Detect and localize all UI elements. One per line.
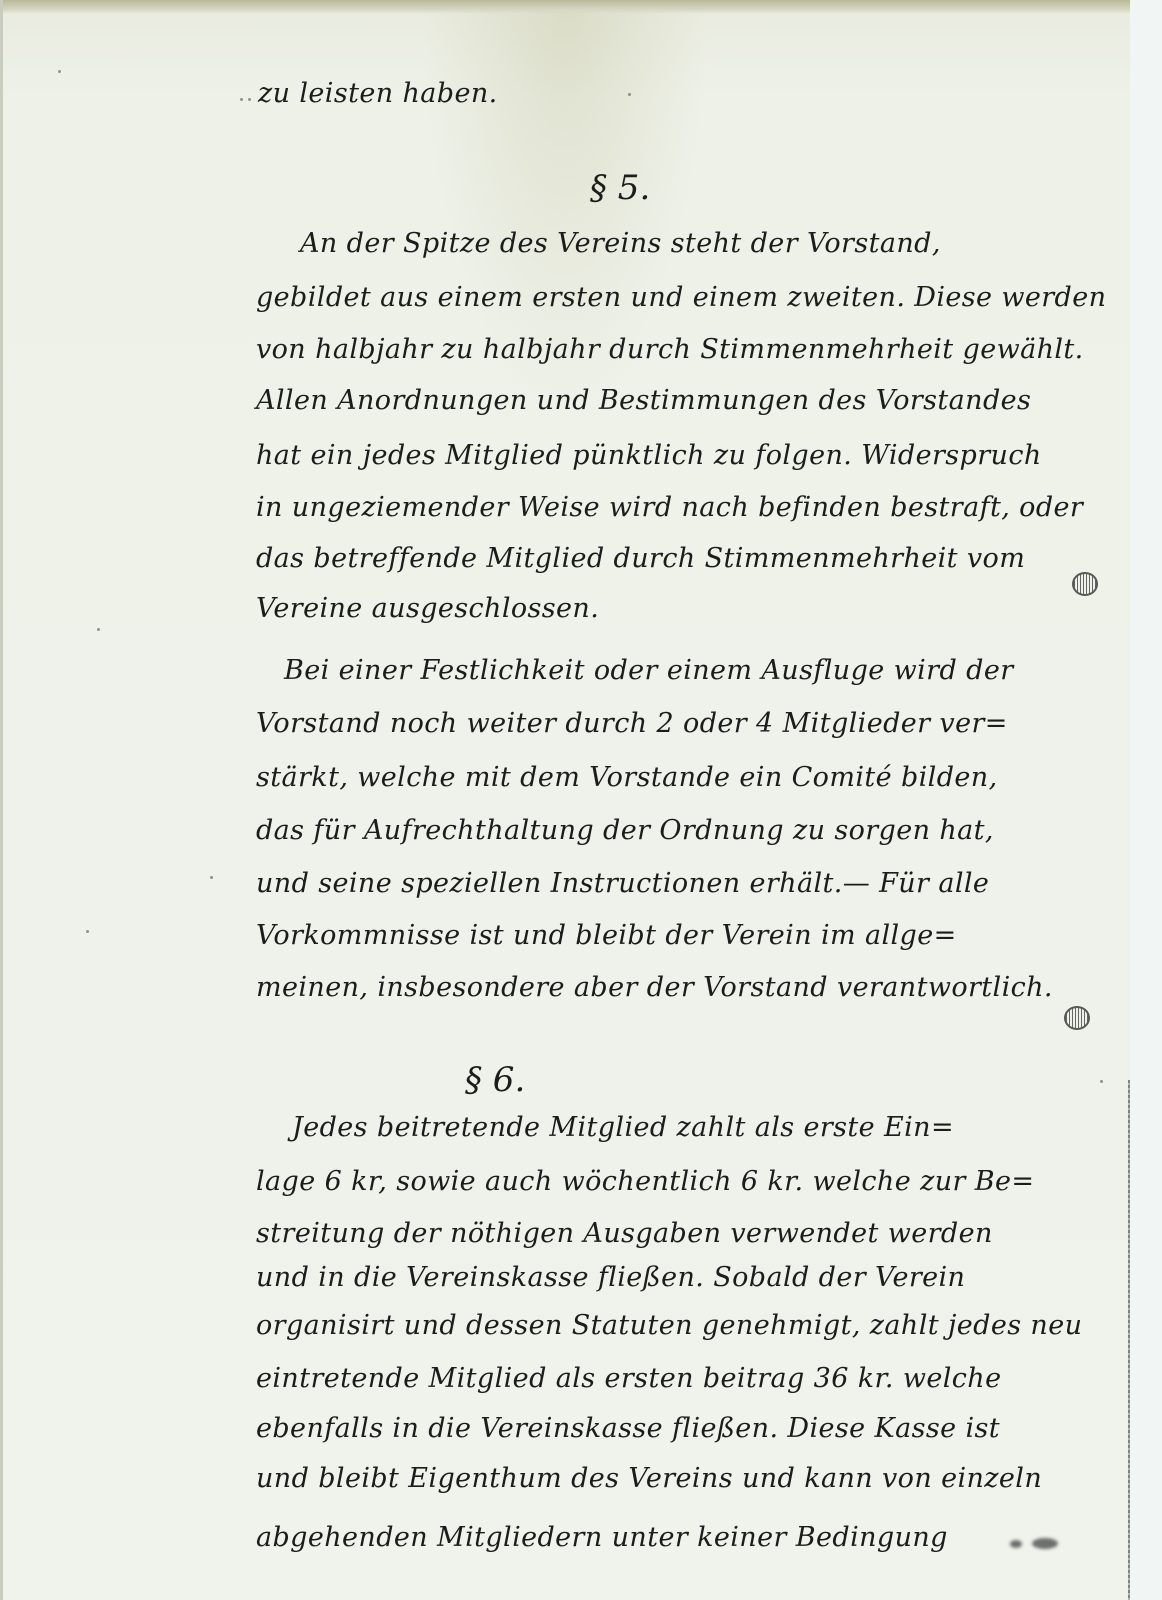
text-line: organisirt und dessen Statuten genehmigt… xyxy=(256,1310,1082,1341)
text-line: und bleibt Eigenthum des Vereins und kan… xyxy=(256,1463,1042,1494)
text-line: streitung der nöthigen Ausgaben verwende… xyxy=(256,1218,993,1249)
scan-speck xyxy=(58,70,61,73)
ink-blot xyxy=(1010,1540,1022,1548)
scan-right-margin xyxy=(1130,0,1162,1600)
text-line: und seine speziellen Instructionen erhäl… xyxy=(256,868,989,899)
scan-speck xyxy=(628,93,631,96)
text-line: in ungeziemender Weise wird nach befinde… xyxy=(256,492,1083,523)
text-line: Vorstand noch weiter durch 2 oder 4 Mitg… xyxy=(256,708,1008,739)
text-line: Bei einer Festlichkeit oder einem Ausflu… xyxy=(284,655,1014,686)
text-line: stärkt, welche mit dem Vorstande ein Com… xyxy=(256,762,998,793)
text-line: von halbjahr zu halbjahr durch Stimmenme… xyxy=(256,334,1084,365)
text-line: das betreffende Mitglied durch Stimmenme… xyxy=(256,543,1025,574)
carryover-line: zu leisten haben. xyxy=(258,78,498,109)
text-line: abgehenden Mitgliedern unter keiner Bedi… xyxy=(256,1522,948,1553)
document-page: zu leisten haben. § 5. An der Spitze des… xyxy=(0,0,1130,1600)
text-line: Vereine ausgeschlossen. xyxy=(256,593,599,624)
scan-speck xyxy=(97,628,100,631)
scan-speck xyxy=(240,98,243,101)
text-line: An der Spitze des Vereins steht der Vors… xyxy=(300,228,941,259)
stamp-mark-icon xyxy=(1072,572,1098,596)
section-heading-6: § 6. xyxy=(465,1060,525,1100)
scan-speck xyxy=(248,98,251,101)
text-line: Allen Anordnungen und Bestimmungen des V… xyxy=(256,385,1031,416)
text-line: gebildet aus einem ersten und einem zwei… xyxy=(256,282,1106,313)
text-line: Vorkommnisse ist und bleibt der Verein i… xyxy=(256,920,957,951)
ink-blot xyxy=(1032,1538,1058,1549)
text-line: Jedes beitretende Mitglied zahlt als ers… xyxy=(292,1112,954,1143)
scan-speck xyxy=(1100,1080,1103,1083)
text-line: das für Aufrechthaltung der Ordnung zu s… xyxy=(256,815,994,846)
text-line: meinen, insbesondere aber der Vorstand v… xyxy=(256,972,1053,1003)
text-line: eintretende Mitglied als ersten beitrag … xyxy=(256,1363,1001,1394)
page-left-edge xyxy=(0,0,3,1600)
section-heading-5: § 5. xyxy=(590,168,650,208)
text-line: und in die Vereinskasse fließen. Sobald … xyxy=(256,1262,965,1293)
scan-speck xyxy=(210,876,213,879)
page-top-shadow xyxy=(0,0,1130,14)
stamp-mark-icon xyxy=(1064,1006,1090,1030)
text-line: lage 6 kr, sowie auch wöchentlich 6 kr. … xyxy=(256,1166,1034,1197)
text-line: ebenfalls in die Vereinskasse fließen. D… xyxy=(256,1413,1000,1444)
text-line: hat ein jedes Mitglied pünktlich zu folg… xyxy=(256,440,1042,471)
scan-speck xyxy=(86,930,89,933)
